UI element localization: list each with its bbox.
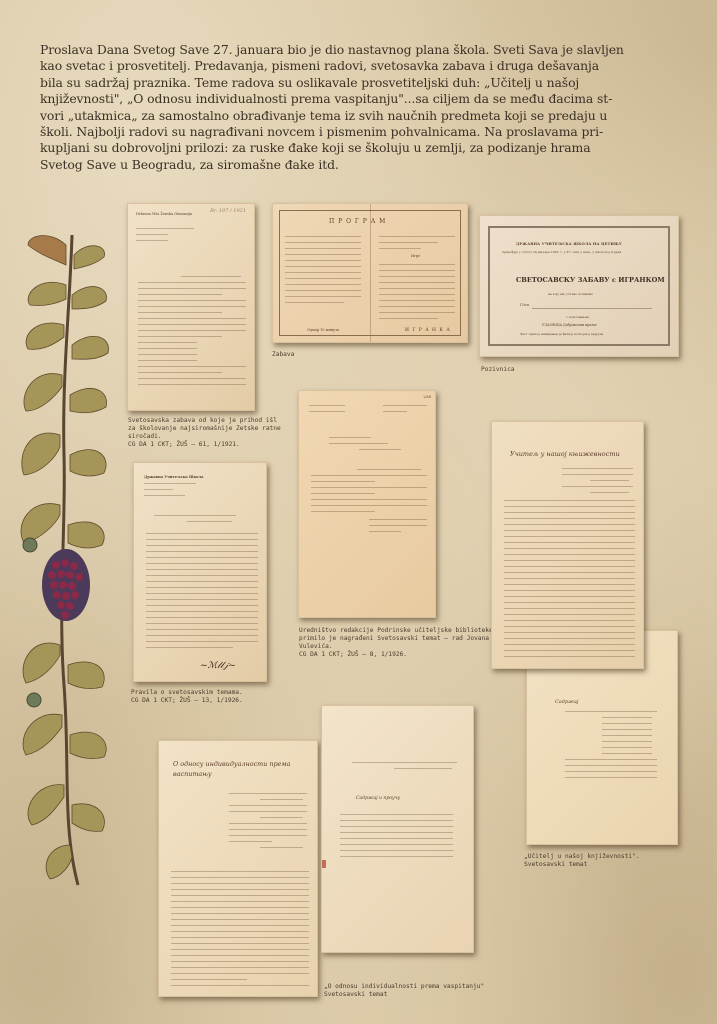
invitation-line5: УЛАЗНИЦА Добровољни прилог (542, 323, 597, 327)
intro-line: bila su sadržaj praznika. Teme radova su… (40, 75, 690, 91)
intro-line: kao svetac i prosvetitelj. Predavanja, p… (40, 58, 690, 74)
list-sheet-title: Садржај и проучу (356, 796, 400, 801)
invitation-name-label: Гдин (520, 303, 529, 307)
caption-svetosavska-zabava: Svetosavska zabava od koje je prihod išl… (128, 417, 281, 449)
letter-header: Državna Viša Ženska Gimnazija (136, 212, 192, 216)
document-individualnost-essay: О односу индивидуалности према васпитању (158, 740, 318, 997)
document-svetosavska-zabava-letter: Državna Viša Ženska Gimnazija Br. 197 / … (127, 203, 255, 411)
program-games-subtitle: Игре (411, 254, 420, 258)
decorative-vine-illustration (0, 225, 125, 895)
date-note: Br. 197 / 1921 (210, 208, 246, 214)
sadrzaj-title: Садржај (555, 699, 578, 705)
document-list-sheet: Садржај и проучу (321, 705, 474, 953)
invitation-headline: СВЕТОСАВСКУ ЗАБАВУ с ИГРАНКОМ (516, 276, 665, 284)
intro-line: kupljani su dobrovoljni prilozi: za rusk… (40, 140, 690, 156)
caption-pravila: Pravila o svetosavskim temama. CG DA 1 C… (131, 689, 243, 705)
caption-zabava: Zabava (272, 351, 294, 359)
document-invitation: ДРЖАВНА УЧИТЕЉСКА ШКОЛА НА ЦЕТИЊУ приређ… (479, 215, 679, 357)
caption-ucitelj: „Učitelj u našoj književnosti". Svetosav… (524, 853, 639, 869)
ucitelj-title: Учитељ у нашој књижевности (510, 450, 620, 458)
invitation-line1: ДРЖАВНА УЧИТЕЉСКА ШКОЛА НА ЦЕТИЊУ (516, 242, 622, 246)
intro-line: vori „utakmica„ za samostalno obrađivanj… (40, 108, 690, 124)
program-title: П Р О Г Р А М (329, 218, 386, 225)
document-ucitelj-essay: Учитељ у нашој књижевности (491, 421, 644, 669)
caption-podrinska-biblioteka: Uredništvo redakcije Podrinske učiteljsk… (299, 627, 493, 659)
caption-individualnost: „O odnosu individualnosti prema vaspitan… (324, 983, 484, 999)
caption-pozivnica: Pozivnica (481, 366, 515, 374)
intro-paragraph: Proslava Dana Svetog Save 27. januara bi… (40, 42, 690, 173)
program-right-footer: И Г Р А Н К А (405, 328, 451, 333)
invitation-line6: Чист приход намијењен је ђачкој потпорно… (520, 332, 603, 336)
invitation-line2: приређује у суботу 26 јануара 1926. г. у… (502, 250, 621, 254)
intro-line: školi. Najbolji radovi su nagrađivani no… (40, 124, 690, 140)
program-left-footer: Одмор 15 минута (307, 328, 339, 332)
rules-header: Државна Учитељска Школа (144, 475, 203, 479)
individualnost-title: О односу индивидуалности према васпитању (173, 759, 303, 779)
signature: ~ℳ𝓁𝓁𝒿~ (200, 661, 236, 671)
intro-line: Svetog Save u Beogradu, za siromašne đak… (40, 157, 690, 173)
invitation-line3: на коју вас учтиво позивамо (548, 292, 593, 296)
intro-line: književnosti", „O odnosu individualnosti… (40, 91, 690, 107)
document-rules-letter: Државна Учитељска Школа ~ℳ𝓁𝓁𝒿~ (133, 462, 267, 682)
document-library-letter: 238 (298, 390, 436, 618)
intro-line: Proslava Dana Svetog Save 27. januara bi… (40, 42, 690, 58)
stamp-number: 238 (423, 394, 431, 399)
invitation-line4: с поштовањем (566, 315, 589, 319)
document-program: П Р О Г Р А М Одмор 15 минута Игре И Г Р… (272, 203, 468, 343)
